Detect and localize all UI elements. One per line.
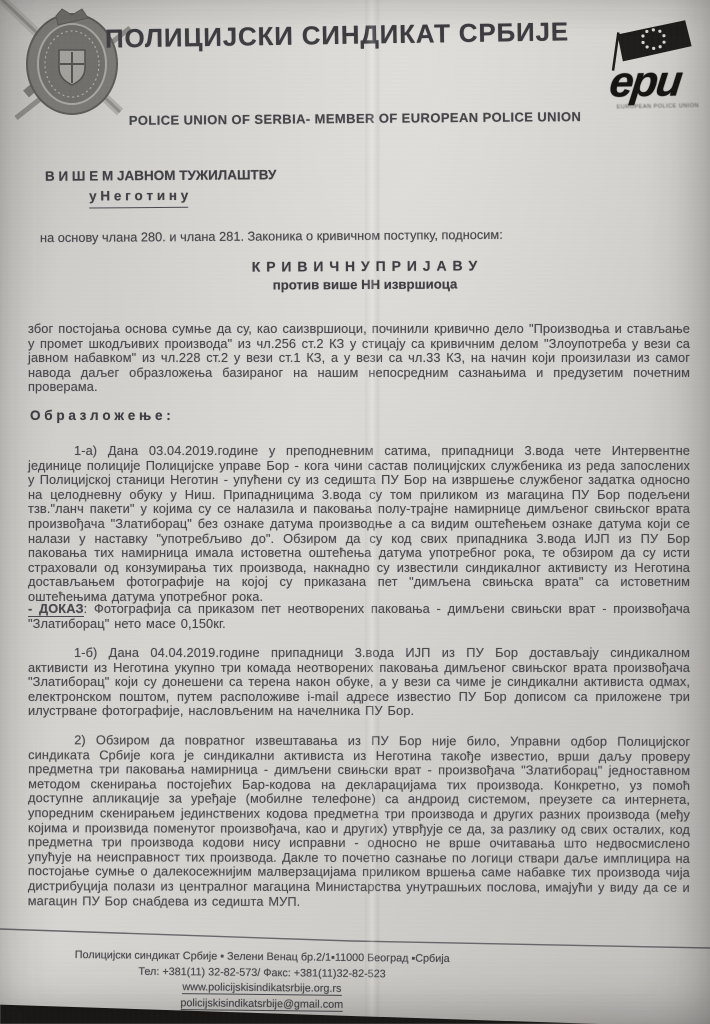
rationale-heading: О б р а з л о ж е њ е : bbox=[30, 408, 171, 423]
footer-website: www.policijskisindikatsrbije.org.rs bbox=[182, 981, 341, 996]
footer-block: Полицијски синдикат Србије ▪ Зелени Вена… bbox=[0, 947, 524, 1014]
epu-wordmark: epu bbox=[590, 61, 701, 103]
subject-subtitle: против више НН извршиоца bbox=[10, 275, 710, 294]
paragraph-1b: 1-б) Дана 04.04.2019.године припадници 3… bbox=[28, 646, 690, 719]
addressee-block: В И Ш Е М ЈАВНОМ ТУЖИЛАШТВУ у Н е г о т … bbox=[45, 165, 277, 209]
preamble-paragraph: због постојања основа сумње да су, као с… bbox=[28, 322, 690, 395]
addressee-line2: у Н е г о т и н у bbox=[89, 186, 188, 209]
evidence-text: : Фотографија са приказом пет неотворени… bbox=[28, 601, 690, 631]
paragraph-1a: 1-а) Дана 03.04.2019.године у преподневн… bbox=[28, 444, 690, 605]
scanned-document-page: ПОЛИЦИЈСКИ СИНДИКАТ СРБИЈЕ epu EUROPEAN … bbox=[0, 0, 710, 1024]
legal-basis-line: на основу члана 280. и члана 281. Закони… bbox=[40, 226, 640, 245]
subject-title: К Р И В И Ч Н У П Р И Ј А В У bbox=[10, 256, 710, 276]
epu-logo: epu EUROPEAN POLICE UNION bbox=[585, 17, 705, 119]
footer-email: policijskisindikatsrbije@gmail.com bbox=[180, 997, 343, 1012]
subject-block: К Р И В И Ч Н У П Р И Ј А В У против виш… bbox=[10, 256, 710, 294]
evidence-label: - ДОКАЗ bbox=[28, 601, 84, 617]
org-title: ПОЛИЦИЈСКИ СИНДИКАТ СРБИЈЕ bbox=[105, 16, 565, 54]
paragraph-2: 2) Обзиром да повратног извештавања из П… bbox=[28, 733, 690, 910]
addressee-line1: В И Ш Е М ЈАВНОМ ТУЖИЛАШТВУ bbox=[45, 165, 277, 187]
evidence-paragraph: - ДОКАЗ: Фотографија са приказом пет нео… bbox=[28, 602, 690, 631]
